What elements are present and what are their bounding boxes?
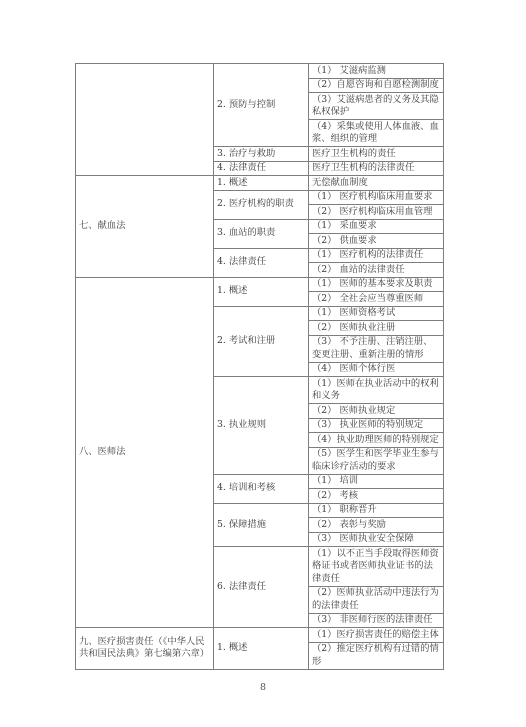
detail-cell: （2） 全社会应当尊重医师 bbox=[309, 292, 444, 307]
detail-cell: （2） 表彰与奖励 bbox=[309, 518, 444, 533]
detail-cell: （1）以不正当手段取得医师资格证书或者医师执业证书的法律责任 bbox=[309, 547, 444, 587]
subtopic-cell: 1. 概述 bbox=[214, 277, 309, 306]
detail-cell: （1） 医师资格考试 bbox=[309, 306, 444, 321]
detail-cell: 医疗卫生机构的责任 bbox=[309, 147, 444, 162]
detail-cell: （3） 不予注册、注销注册、变更注册、重新注册的情形 bbox=[309, 335, 444, 362]
detail-cell: （2） 医疗机构临床用血管理 bbox=[309, 205, 444, 220]
detail-cell: （1）医师在执业活动中的权利和义务 bbox=[309, 377, 444, 404]
detail-cell: （2） 考核 bbox=[309, 489, 444, 504]
document-page: 2. 预防与控制（1） 艾滋病监测（2）自愿咨询和自愿检测制度（3）艾滋病患者的… bbox=[0, 0, 526, 727]
subtopic-cell: 2. 预防与控制 bbox=[214, 64, 309, 147]
table-row: 八、医师法1. 概述（1） 医师的基本要求及职责 bbox=[76, 277, 444, 292]
subtopic-cell: 5. 保障措施 bbox=[214, 503, 309, 547]
subtopic-cell: 2. 医疗机构的职责 bbox=[214, 190, 309, 219]
detail-cell: （1） 医师的基本要求及职责 bbox=[309, 277, 444, 292]
detail-cell: （3） 医师执业安全保障 bbox=[309, 532, 444, 547]
detail-cell: （5）医学生和医学毕业生参与临床诊疗活动的要求 bbox=[309, 447, 444, 474]
detail-cell: （3） 执业医师的特别规定 bbox=[309, 418, 444, 433]
subtopic-cell: 3. 治疗与救助 bbox=[214, 147, 309, 162]
detail-cell: （2） 医师执业规定 bbox=[309, 404, 444, 419]
table-row: 九、医疗损害责任（《中华人民共和国民法典》第七编第六章）1. 概述（1）医疗损害… bbox=[76, 628, 444, 643]
law-cell bbox=[76, 64, 214, 176]
detail-cell: （1） 职称晋升 bbox=[309, 503, 444, 518]
law-cell: 八、医师法 bbox=[76, 277, 214, 628]
subtopic-cell: 1. 概述 bbox=[214, 176, 309, 191]
detail-cell: （4）采集或使用人体血液、血浆、组织的管理 bbox=[309, 120, 444, 147]
subtopic-cell: 4. 法律责任 bbox=[214, 161, 309, 176]
detail-cell: （2） 供血要求 bbox=[309, 234, 444, 249]
subtopic-cell: 3. 血站的职责 bbox=[214, 219, 309, 248]
subtopic-cell: 2. 考试和注册 bbox=[214, 306, 309, 377]
subtopic-cell: 4. 培训和考核 bbox=[214, 474, 309, 503]
detail-cell: （4）执业助理医师的特别规定 bbox=[309, 433, 444, 448]
subtopic-cell: 3. 执业规则 bbox=[214, 377, 309, 475]
detail-cell: （2） 医师执业注册 bbox=[309, 321, 444, 336]
detail-cell: （4） 医师个体行医 bbox=[309, 362, 444, 377]
subtopic-cell: 1. 概述 bbox=[214, 628, 309, 670]
detail-cell: （2）推定医疗机构有过错的情形 bbox=[309, 642, 444, 669]
detail-cell: （3）艾滋病患者的义务及其隐私权保护 bbox=[309, 93, 444, 120]
detail-cell: （3） 非医师行医的法律责任 bbox=[309, 613, 444, 628]
detail-cell: （1） 采血要求 bbox=[309, 219, 444, 234]
subtopic-cell: 6. 法律责任 bbox=[214, 547, 309, 628]
detail-cell: （1） 医疗机构临床用血要求 bbox=[309, 190, 444, 205]
subtopic-cell: 4. 法律责任 bbox=[214, 248, 309, 277]
detail-cell: （1） 培训 bbox=[309, 474, 444, 489]
page-number: 8 bbox=[0, 682, 526, 693]
detail-cell: 医疗卫生机构的法律责任 bbox=[309, 161, 444, 176]
detail-cell: （2）医师执业活动中违法行为的法律责任 bbox=[309, 586, 444, 613]
detail-cell: （1） 艾滋病监测 bbox=[309, 64, 444, 79]
detail-cell: 无偿献血制度 bbox=[309, 176, 444, 191]
syllabus-table-body: 2. 预防与控制（1） 艾滋病监测（2）自愿咨询和自愿检测制度（3）艾滋病患者的… bbox=[76, 64, 444, 670]
table-row: 2. 预防与控制（1） 艾滋病监测 bbox=[76, 64, 444, 79]
detail-cell: （2） 血站的法律责任 bbox=[309, 263, 444, 278]
table-row: 七、献血法1. 概述无偿献血制度 bbox=[76, 176, 444, 191]
law-cell: 七、献血法 bbox=[76, 176, 214, 278]
detail-cell: （2）自愿咨询和自愿检测制度 bbox=[309, 78, 444, 93]
detail-cell: （1）医疗损害责任的赔偿主体 bbox=[309, 628, 444, 643]
syllabus-table: 2. 预防与控制（1） 艾滋病监测（2）自愿咨询和自愿检测制度（3）艾滋病患者的… bbox=[75, 63, 444, 670]
law-cell: 九、医疗损害责任（《中华人民共和国民法典》第七编第六章） bbox=[76, 628, 214, 670]
detail-cell: （1） 医疗机构的法律责任 bbox=[309, 248, 444, 263]
